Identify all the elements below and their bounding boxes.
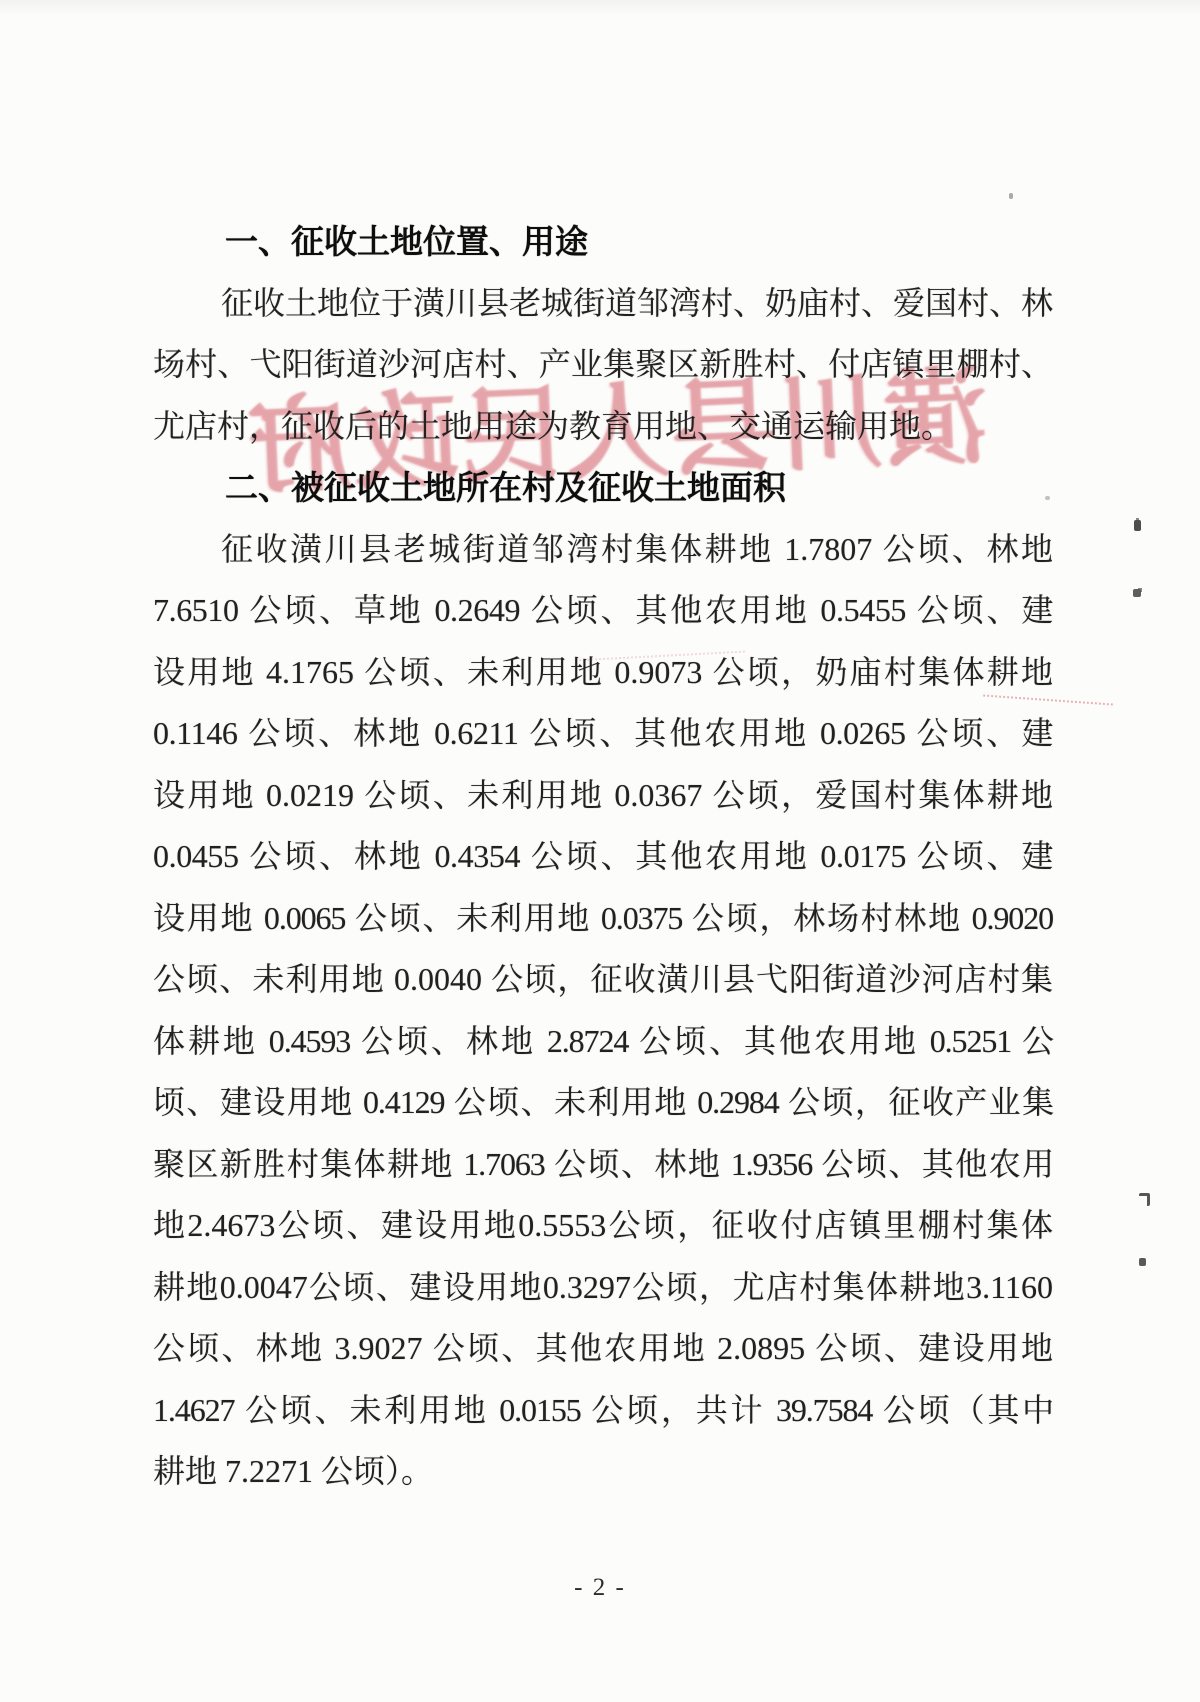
ink-speck [1139, 1258, 1146, 1266]
section-1-heading: 一、征收土地位置、用途 [153, 211, 1053, 273]
paragraph-line: 7.6510 公顷、草地 0.2649 公顷、其他农用地 0.5455 公顷、建 [153, 580, 1053, 642]
section-2-heading: 二、被征收土地所在村及征收土地面积 [153, 457, 1053, 519]
paragraph-line: 设用地 0.0065 公顷、未利用地 0.0375 公顷，林场村林地 0.902… [153, 888, 1053, 950]
paragraph-line: 耕地0.0047公顷、建设用地0.3297公顷，尤店村集体耕地3.1160 [153, 1257, 1053, 1319]
paragraph-line: 1.4627 公顷、未利用地 0.0155 公顷，共计 39.7584 公顷（其… [153, 1380, 1053, 1442]
paragraph-line: 公顷、未利用地 0.0040 公顷，征收潢川县弋阳街道沙河店村集 [153, 949, 1053, 1011]
paragraph-line: 0.0455 公顷、林地 0.4354 公顷、其他农用地 0.0175 公顷、建 [153, 826, 1053, 888]
paragraph-line: 聚区新胜村集体耕地 1.7063 公顷、林地 1.9356 公顷、其他农用 [153, 1134, 1053, 1196]
ink-speck [1045, 496, 1050, 500]
paragraph-line: 公顷、林地 3.9027 公顷、其他农用地 2.0895 公顷、建设用地 [153, 1318, 1053, 1380]
ink-speck [1009, 193, 1013, 199]
paragraph-line: 征收土地位于潢川县老城街道邹湾村、奶庙村、爱国村、林 [153, 273, 1053, 335]
paragraph-line: 耕地 7.2271 公顷）。 [153, 1441, 1053, 1503]
document-sheet: 潢川县人民政府 一、征收土地位置、用途 征收土地位于潢川县老城街道邹湾村、奶庙村… [0, 0, 1200, 1702]
ink-speck [1134, 520, 1141, 531]
paragraph-line: 体耕地 0.4593 公顷、林地 2.8724 公顷、其他农用地 0.5251 … [153, 1011, 1053, 1073]
page-number: - 2 - [0, 1574, 1200, 1602]
document-body: 一、征收土地位置、用途 征收土地位于潢川县老城街道邹湾村、奶庙村、爱国村、林 场… [153, 211, 1053, 1503]
paragraph-line: 0.1146 公顷、林地 0.6211 公顷、其他农用地 0.0265 公顷、建 [153, 703, 1053, 765]
paragraph-line: 设用地 0.0219 公顷、未利用地 0.0367 公顷，爱国村集体耕地 [153, 765, 1053, 827]
paragraph-line: 尤店村，征收后的土地用途为教育用地、交通运输用地。 [153, 396, 1053, 458]
paragraph-line: 场村、弋阳街道沙河店村、产业集聚区新胜村、付店镇里棚村、 [153, 334, 1053, 396]
paragraph-line: 地2.4673公顷、建设用地0.5553公顷，征收付店镇里棚村集体 [153, 1195, 1053, 1257]
scan-edge-shadow [0, 0, 1200, 16]
ink-speck [1133, 589, 1141, 597]
paragraph-line: 设用地 4.1765 公顷、未利用地 0.9073 公顷，奶庙村集体耕地 [153, 642, 1053, 704]
ink-speck [1139, 1193, 1150, 1206]
paragraph-line: 征收潢川县老城街道邹湾村集体耕地 1.7807 公顷、林地 [153, 519, 1053, 581]
paragraph-line: 顷、建设用地 0.4129 公顷、未利用地 0.2984 公顷，征收产业集 [153, 1072, 1053, 1134]
